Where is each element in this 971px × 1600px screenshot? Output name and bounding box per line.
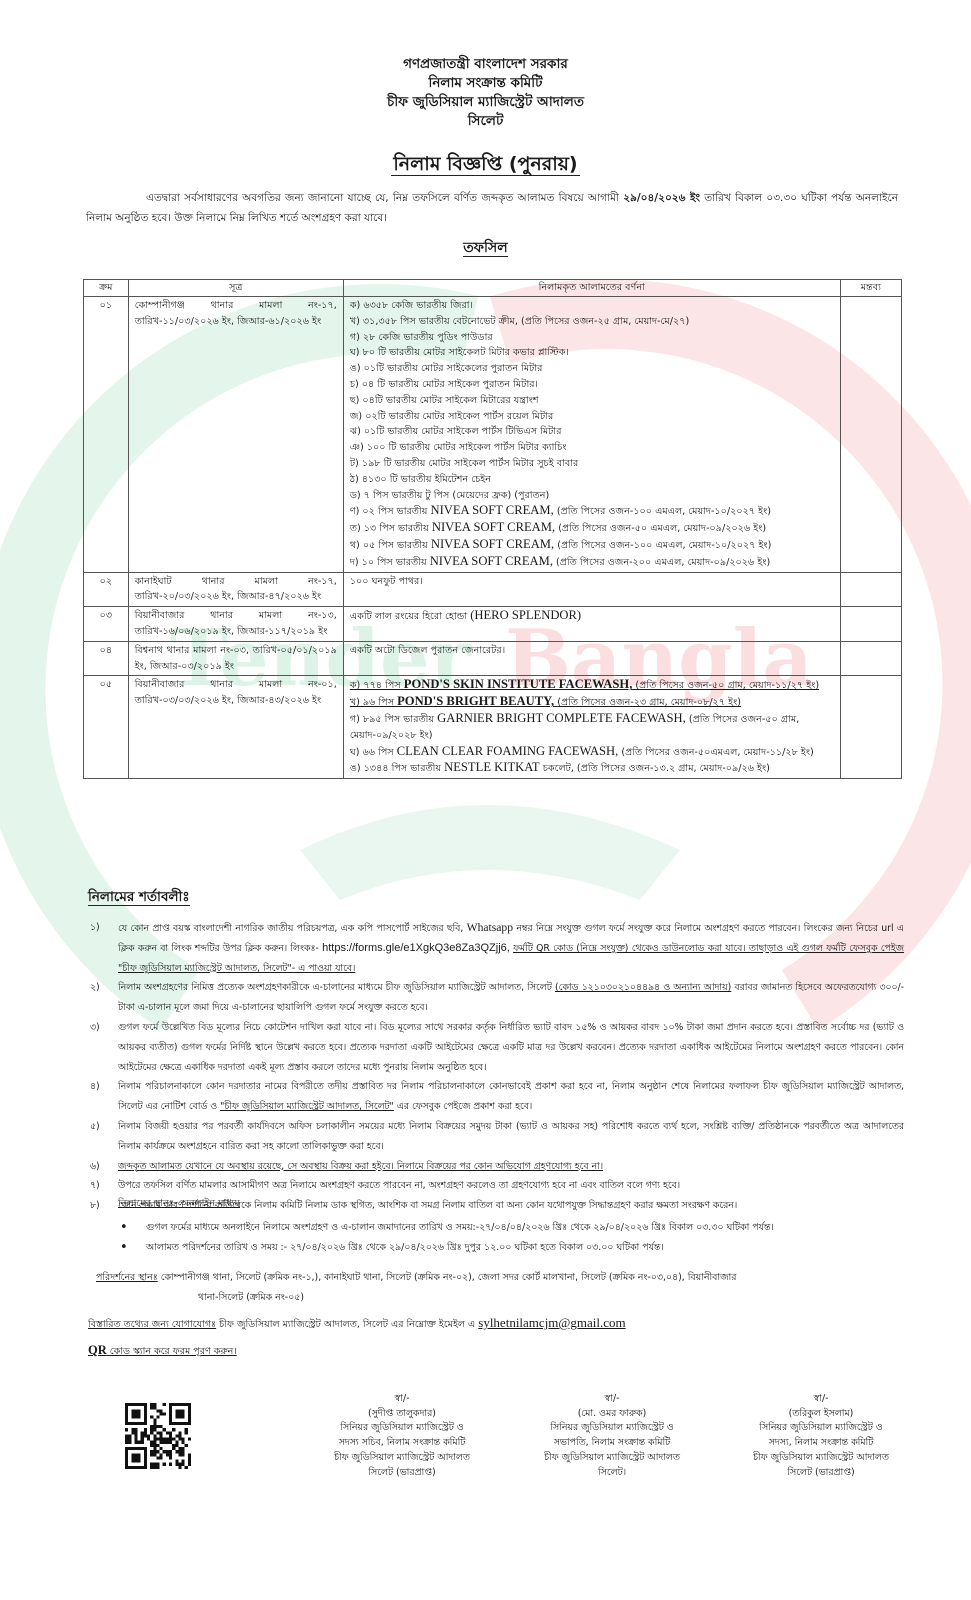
- header-court: চীফ জুডিসিয়াল ম্যাজিস্ট্রেট আদালত: [0, 93, 971, 112]
- item-text: ট) ১৯৮ টি ভারতীয় মোটর সাইকেল পার্টস মিট…: [350, 458, 578, 469]
- term-item: ৩)গুগল ফর্মে উল্লেখিত বিড মূল্যের নিচে ক…: [86, 1018, 904, 1077]
- row-source: বিয়ানীবাজার থানার মামলা নং-১৩, তারিখ-১৬…: [128, 607, 343, 642]
- item-line: একটি লাল রংয়ের হিরো হোন্ডা (HERO SPLEND…: [350, 608, 834, 625]
- item-line: ত) ১৩ পিস ভারতীয় NIVEA SOFT CREAM, (প্র…: [350, 520, 834, 537]
- term-item: ৫)নিলাম বিজয়ী হওয়ার পর পরবর্তী কার্যদি…: [86, 1117, 904, 1157]
- item-detail: (প্রতি পিসের ওজন-১০০ এমএল, মেয়াদ-১০/২০২…: [557, 506, 771, 517]
- sig1-line4: সিলেট (ভারপ্রাপ্ত): [287, 1466, 517, 1481]
- row-source: বিয়ানীবাজার থানার মামলা নং-০১, তারিখ-০৩…: [128, 676, 343, 779]
- intro-paragraph: এতদ্বারা সর্বসাধারণের অবগতির জন্য জানানো…: [86, 188, 898, 228]
- item-detail: (প্রতি পিসের ওজন-৫০এমএল, মেয়াদ-১১/২৮ ইং…: [621, 747, 813, 758]
- item-line: গ) ৮৯৫ পিস ভারতীয় GARNIER BRIGHT COMPLE…: [350, 711, 834, 744]
- term-text: নিলাম অংশগ্রহণের নিমিত্ত প্রত্যেক অংশগ্র…: [118, 982, 552, 993]
- item-line: ক) ৭৭৪ পিস POND'S SKIN INSTITUTE FACEWAS…: [350, 677, 834, 694]
- contact-text: চীফ জুডিসিয়াল ম্যাজিস্ট্রেট আদালত, সিলে…: [219, 1319, 475, 1330]
- item-detail: (প্রতি পিসের ওজন-৫০ এমএল, মেয়াদ-০৯/২০২৬…: [558, 523, 766, 534]
- item-line: ১০০ ঘনফুট পাথর।: [350, 574, 834, 590]
- schedule-row: ০২কানাইঘাট থানার মামলা নং-১৭, তারিখ-২০/০…: [84, 572, 902, 607]
- auction-date: ২৯/০৪/২০২৬ ইং: [623, 192, 700, 204]
- term-number: ৫): [90, 1117, 100, 1137]
- sig3-sign: স্বা/-: [706, 1392, 936, 1407]
- row-remark: [840, 641, 901, 676]
- item-line: ঘ) ৬৬ পিস CLEAN CLEAR FOAMING FACEWASH, …: [350, 744, 834, 761]
- header-city: সিলেট: [0, 112, 971, 131]
- row-serial: ০১: [84, 297, 129, 573]
- google-form-qr-code[interactable]: [125, 1398, 191, 1474]
- sig2-sign: স্বা/-: [497, 1392, 727, 1407]
- inspection-places: পরিদর্শনের স্থানঃ কোম্পানীগঞ্জ থানা, সিল…: [96, 1268, 902, 1307]
- term-item: ১)যে কোন প্রাপ্ত বয়স্ক বাংলাদেশী নাগরিক…: [86, 918, 904, 978]
- item-brand: NIVEA SOFT CREAM,: [430, 503, 553, 517]
- notice-title: নিলাম বিজ্ঞপ্তি (পুনরায়): [0, 150, 971, 182]
- col-description: নিলামকৃত আলামতের বর্ণনা: [343, 280, 840, 297]
- item-line: ঝ) ০১টি ভারতীয় মোটর সাইকেল পার্টস টিভিএ…: [350, 424, 834, 440]
- sig1-line2: সদস্য সচিব, নিলাম সংক্রান্ত কমিটি: [287, 1436, 517, 1451]
- term-text: যে কোন প্রাপ্ত বয়স্ক বাংলাদেশী নাগরিক জ…: [118, 923, 463, 934]
- sig2-name: (মো. ওমর ফারুক): [497, 1407, 727, 1422]
- terms-list: ১)যে কোন প্রাপ্ত বয়স্ক বাংলাদেশী নাগরিক…: [86, 918, 904, 1216]
- item-brand: NESTLE KITKAT: [444, 760, 540, 774]
- schedule-table: ক্রম সূত্র নিলামকৃত আলামতের বর্ণনা মন্তব…: [83, 279, 902, 779]
- item-line: গ) ২৮ কেজি ভারতীয় পুডিং পাউডার: [350, 330, 834, 346]
- notice-title-text: নিলাম বিজ্ঞপ্তি (পুনরায়): [391, 153, 579, 176]
- item-line: চ) ০৪ টি ভারতীয় মোটর সাইকেল পুরাতন মিটা…: [350, 377, 834, 393]
- terms-title-text: নিলামের শর্তাবলীঃ: [88, 889, 190, 906]
- sig3-line2: সদস্য, নিলাম সংক্রান্ত কমিটি: [706, 1436, 936, 1451]
- term-number: ১): [90, 918, 100, 938]
- row-source: কোম্পানীগঞ্জ থানার মামলা নং-১৭, তারিখ-১১…: [128, 297, 343, 573]
- item-line: ক) ৬৩৫৮ কেজি ভারতীয় জিরা।: [350, 298, 834, 314]
- item-line: ণ) ০২ পিস ভারতীয় NIVEA SOFT CREAM, (প্র…: [350, 503, 834, 520]
- item-line: একটি অটো ডিজেল পুরাতন জেনারেটর।: [350, 643, 834, 659]
- item-line: জ) ০২টি ভারতীয় মোটর সাইকেল পার্টস রয়েল…: [350, 409, 834, 425]
- schedule-row: ০৩বিয়ানীবাজার থানার মামলা নং-১৩, তারিখ-…: [84, 607, 902, 642]
- item-text: ঞ) ১০০ টি ভারতীয় মোটর সাইকেল পার্টস মিট…: [350, 442, 567, 453]
- sig2-line4: সিলেট।: [497, 1466, 727, 1481]
- item-line: থ) ০৫ পিস ভারতীয় NIVEA SOFT CREAM, (প্র…: [350, 537, 834, 554]
- item-text: ণ) ০২ পিস ভারতীয়: [350, 506, 428, 517]
- item-line: ছ) ০৪টি ভারতীয় মোটর সাইকেল মিটারের যন্ত…: [350, 393, 834, 409]
- venue-label: নিলামের স্থানঃ- অনলাইন মাধ্যম: [118, 1198, 240, 1209]
- row-description: একটি লাল রংয়ের হিরো হোন্ডা (HERO SPLEND…: [343, 607, 840, 642]
- item-detail: (প্রতি পিসের ওজন-১০০ এমএল, মেয়াদ-১০/২০২…: [557, 540, 771, 551]
- qr-note-bold: QR: [88, 1343, 107, 1357]
- item-text: চ) ০৪ টি ভারতীয় মোটর সাইকেল পুরাতন মিটা…: [350, 379, 538, 390]
- item-detail: (প্রতি পিসের ওজন-৫০ গ্রাম, মেয়াদ-১১/২৭ …: [635, 680, 819, 691]
- item-brand: NIVEA SOFT CREAM,: [430, 554, 553, 568]
- sig3-line3: চীফ জুডিসিয়াল ম্যাজিস্ট্রেট আদালত: [706, 1451, 936, 1466]
- item-text: ঠ) ৪১৩০ টি ভারতীয় ইমিটেশন চেইন: [350, 474, 491, 485]
- term-text: এর ফেসবুক পেইজে প্রকাশ করা হবে।: [397, 1101, 532, 1112]
- item-line: ঠ) ৪১৩০ টি ভারতীয় ইমিটেশন চেইন: [350, 472, 834, 488]
- sig1-line1: সিনিয়র জুডিসিয়াল ম্যাজিস্ট্রেট ও: [287, 1421, 517, 1436]
- sig1-sign: স্বা/-: [287, 1392, 517, 1407]
- inspection-text: কোম্পানীগঞ্জ থানা, সিলেট (ক্রমিক নং-১,),…: [161, 1272, 737, 1283]
- schedule-row: ০৫বিয়ানীবাজার থানার মামলা নং-০১, তারিখ-…: [84, 676, 902, 779]
- row-remark: [840, 572, 901, 607]
- item-line: ড) ৭ পিস ভারতীয় টু পিস (মেয়েদের ফ্রক) …: [350, 488, 834, 504]
- col-source: সূত্র: [128, 280, 343, 297]
- sig3-name: (তরিকুল ইসলাম): [706, 1407, 936, 1422]
- qr-note-text: কোড স্ক্যান করে ফরম পূরণ করুন।: [110, 1346, 237, 1357]
- term-text: নিলাম বিজয়ী হওয়ার পর পরবর্তী কার্যদিবস…: [118, 1121, 904, 1152]
- item-text: গ) ৮৯৫ পিস ভারতীয়: [350, 714, 434, 725]
- col-remarks: মন্তব্য: [840, 280, 901, 297]
- item-text: ক) ৬৩৫৮ কেজি ভারতীয় জিরা।: [350, 300, 473, 311]
- item-brand: (HERO SPLENDOR): [470, 608, 581, 622]
- terms-title: নিলামের শর্তাবলীঃ: [88, 886, 190, 909]
- header-govt: গণপ্রজাতন্ত্রী বাংলাদেশ সরকার: [0, 55, 971, 74]
- term-number: ৬): [90, 1157, 100, 1177]
- sig3-line4: সিলেট (ভারপ্রাপ্ত): [706, 1466, 936, 1481]
- item-brand: NIVEA SOFT CREAM,: [431, 537, 554, 551]
- row-description: ক) ৬৩৫৮ কেজি ভারতীয় জিরা।খ) ৩১,৩৫৮ পিস …: [343, 297, 840, 573]
- signature-chairman: স্বা/- (মো. ওমর ফারুক) সিনিয়র জুডিসিয়া…: [497, 1392, 727, 1480]
- row-source: বিশ্বনাথ থানার মামলা নং-০৩, তারিখ-০৫/০১/…: [128, 641, 343, 676]
- schedule-row: ০১কোম্পানীগঞ্জ থানার মামলা নং-১৭, তারিখ-…: [84, 297, 902, 573]
- item-text: দ) ১০ পিস ভারতীয়: [350, 557, 427, 568]
- contact-line: বিস্তারিত তথ্যের জন্য যোগাযোগঃ চীফ জুডিস…: [88, 1315, 626, 1333]
- item-text: একটি লাল রংয়ের হিরো হোন্ডা: [350, 611, 467, 622]
- auction-notice-page: গণপ্রজাতন্ত্রী বাংলাদেশ সরকার নিলাম সংক্…: [0, 0, 971, 1600]
- item-text: একটি অটো ডিজেল পুরাতন জেনারেটর।: [350, 645, 505, 656]
- row-description: একটি অটো ডিজেল পুরাতন জেনারেটর।: [343, 641, 840, 676]
- item-text: ঝ) ০১টি ভারতীয় মোটর সাইকেল পার্টস টিভিএ…: [350, 426, 562, 437]
- term-item: ৪)নিলাম পরিচালনাকালে কোন দরদাতার নামের ব…: [86, 1077, 904, 1117]
- item-detail: চকলেট, (প্রতি পিসের ওজন-১৩.২ গ্রাম, মেয়…: [543, 763, 770, 774]
- item-line: ঘ) ৮০ টি ভারতীয় মোটর সাইকেলট মিটার কভার…: [350, 345, 834, 361]
- col-serial: ক্রম: [84, 280, 129, 297]
- item-brand: NIVEA SOFT CREAM,: [432, 520, 555, 534]
- term-underlined: "চীফ জুডিসিয়াল ম্যাজিস্ট্রেট আদালত, সিল…: [220, 1101, 394, 1112]
- bullet-bid-window: গুগল ফর্মের মাধ্যমে অনলাইনে নিলামে অংশগ্…: [120, 1218, 900, 1238]
- item-text: ঘ) ৬৬ পিস: [350, 747, 394, 758]
- item-brand: GARNIER BRIGHT COMPLETE FACEWASH,: [437, 711, 686, 725]
- row-serial: ০৪: [84, 641, 129, 676]
- row-remark: [840, 297, 901, 573]
- term-underlined: (কোড ১২১০৩০২১০৪৪৯৪ ও অন্যান্য আদায়): [555, 982, 731, 993]
- schedule-body: ০১কোম্পানীগঞ্জ থানার মামলা নং-১৭, তারিখ-…: [84, 297, 902, 779]
- item-line: ট) ১৯৮ টি ভারতীয় মোটর সাইকেল পার্টস মিট…: [350, 456, 834, 472]
- sig1-line3: চীফ জুডিসিয়াল ম্যাজিস্ট্রেট আদালত: [287, 1451, 517, 1466]
- row-description: ১০০ ঘনফুট পাথর।: [343, 572, 840, 607]
- item-line: খ) ৯৬ পিস POND'S BRIGHT BEAUTY, (প্রতি প…: [350, 694, 834, 711]
- item-text: ছ) ০৪টি ভারতীয় মোটর সাইকেল মিটারের যন্ত…: [350, 395, 539, 406]
- term-item: ৬)জব্দকৃত আলামত যেখানে যে অবস্থায় রয়েছ…: [86, 1157, 904, 1177]
- item-text: থ) ০৫ পিস ভারতীয়: [350, 540, 428, 551]
- auction-venue: নিলামের স্থানঃ- অনলাইন মাধ্যম: [118, 1197, 240, 1212]
- item-text: খ) ৯৬ পিস: [350, 697, 394, 708]
- intro-before: এতদ্বারা সর্বসাধারণের অবগতির জন্য জানানো…: [146, 192, 619, 204]
- contact-email-link[interactable]: sylhetnilamcjm@gmail.com: [478, 1315, 625, 1330]
- item-text: খ) ৩১,৩৫৮ পিস ভারতীয় বেটনোভেট ক্রীম, (প…: [350, 316, 689, 327]
- item-brand: POND'S SKIN INSTITUTE FACEWASH,: [404, 677, 633, 691]
- row-serial: ০৩: [84, 607, 129, 642]
- schedule-row: ০৪বিশ্বনাথ থানার মামলা নং-০৩, তারিখ-০৫/০…: [84, 641, 902, 676]
- term-item: ২)নিলাম অংশগ্রহণের নিমিত্ত প্রত্যেক অংশগ…: [86, 978, 904, 1018]
- item-text: ১০০ ঘনফুট পাথর।: [350, 576, 423, 587]
- schedule-title-text: তফসিল: [463, 240, 507, 257]
- sig1-name: (সুদীপ্ত তালুকদার): [287, 1407, 517, 1422]
- schedule-header-row: ক্রম সূত্র নিলামকৃত আলামতের বর্ণনা মন্তব…: [84, 280, 902, 297]
- item-text: ড) ৭ পিস ভারতীয় টু পিস (মেয়েদের ফ্রক) …: [350, 490, 549, 501]
- inspection-label: পরিদর্শনের স্থানঃ: [96, 1272, 158, 1283]
- term-number: ৮): [90, 1196, 100, 1216]
- row-remark: [840, 607, 901, 642]
- item-line: ঙ) ০১টি ভারতীয় মোটর সাইকেলের পুরাতন মিট…: [350, 361, 834, 377]
- bullet-inspection-window: আলামত পরিদর্শনের তারিখ ও সময় :- ২৭/০৪/২…: [120, 1238, 900, 1258]
- header-committee: নিলাম সংক্রান্ত কমিটি: [0, 74, 971, 93]
- item-text: ঙ) ০১টি ভারতীয় মোটর সাইকেলের পুরাতন মিট…: [350, 363, 543, 374]
- item-text: গ) ২৮ কেজি ভারতীয় পুডিং পাউডার: [350, 332, 493, 343]
- item-text: ক) ৭৭৪ পিস: [350, 680, 401, 691]
- item-text: ঘ) ৮০ টি ভারতীয় মোটর সাইকেলট মিটার কভার…: [350, 347, 569, 358]
- term-text: উপরে তফসিল বর্ণিত মামলার আসামীগণ অত্র নি…: [118, 1180, 680, 1191]
- item-detail: (প্রতি পিসের ওজন-২৩ গ্রাম, মেয়াদ-০৮/২৭ …: [557, 697, 741, 708]
- sig2-line2: সভাপতি, নিলাম সংক্রান্ত কমিটি: [497, 1436, 727, 1451]
- google-form-link[interactable]: https://forms.gle/e1XgkQ3e8Za3QZjj6,: [322, 942, 510, 954]
- inspection-text-cont: থানা-সিলেট (ক্রমিক নং-০৫): [96, 1288, 902, 1308]
- term-number: ২): [90, 978, 100, 998]
- term-underlined: জব্দকৃত আলামত যেখানে যে অবস্থায় রয়েছে,…: [118, 1161, 603, 1172]
- item-text: জ) ০২টি ভারতীয় মোটর সাইকেল পার্টস রয়েল…: [350, 411, 553, 422]
- item-brand: CLEAN CLEAR FOAMING FACEWASH,: [397, 744, 619, 758]
- sig3-line1: সিনিয়র জুডিসিয়াল ম্যাজিস্ট্রেট ও: [706, 1421, 936, 1436]
- item-text: ত) ১৩ পিস ভারতীয়: [350, 523, 429, 534]
- row-remark: [840, 676, 901, 779]
- item-line: খ) ৩১,৩৫৮ পিস ভারতীয় বেটনোভেট ক্রীম, (প…: [350, 314, 834, 330]
- item-line: ঞ) ১০০ টি ভারতীয় মোটর সাইকেল পার্টস মিট…: [350, 440, 834, 456]
- term-number: ৩): [90, 1018, 100, 1038]
- sig2-line3: চীফ জুডিসিয়াল ম্যাজিস্ট্রেট আদালত: [497, 1451, 727, 1466]
- contact-label: বিস্তারিত তথ্যের জন্য যোগাযোগঃ: [88, 1319, 216, 1330]
- row-serial: ০২: [84, 572, 129, 607]
- schedule-title: তফসিল: [0, 236, 971, 260]
- row-source: কানাইঘাট থানার মামলা নং-১৭, তারিখ-২০/০৩/…: [128, 572, 343, 607]
- term-number: ৭): [90, 1176, 100, 1196]
- term-whatsapp: Whatsapp: [467, 921, 513, 934]
- signature-member-secretary: স্বা/- (সুদীপ্ত তালুকদার) সিনিয়র জুডিসি…: [287, 1392, 517, 1480]
- item-text: ঙ) ১৩৪৪ পিস ভারতীয়: [350, 763, 441, 774]
- item-line: দ) ১০ পিস ভারতীয় NIVEA SOFT CREAM, (প্র…: [350, 554, 834, 571]
- term-number: ৪): [90, 1077, 100, 1097]
- qr-instruction: QR কোড স্ক্যান করে ফরম পূরণ করুন।: [88, 1343, 237, 1360]
- sig2-line1: সিনিয়র জুডিসিয়াল ম্যাজিস্ট্রেট ও: [497, 1421, 727, 1436]
- item-brand: POND'S BRIGHT BEAUTY,: [397, 694, 554, 708]
- row-description: ক) ৭৭৪ পিস POND'S SKIN INSTITUTE FACEWAS…: [343, 676, 840, 779]
- item-line: ঙ) ১৩৪৪ পিস ভারতীয় NESTLE KITKAT চকলেট,…: [350, 760, 834, 777]
- signature-member: স্বা/- (তরিকুল ইসলাম) সিনিয়র জুডিসিয়াল…: [706, 1392, 936, 1480]
- term-text: গুগল ফর্মে উল্লেখিত বিড মূল্যের নিচে কোট…: [118, 1022, 904, 1073]
- venue-bullets: গুগল ফর্মের মাধ্যমে অনলাইনে নিলামে অংশগ্…: [120, 1218, 900, 1258]
- term-item: ৭)উপরে তফসিল বর্ণিত মামলার আসামীগণ অত্র …: [86, 1176, 904, 1196]
- row-serial: ০৫: [84, 676, 129, 779]
- item-detail: (প্রতি পিসের ওজন-২০০ এমএল, মেয়াদ-০৯/২০২…: [556, 557, 770, 568]
